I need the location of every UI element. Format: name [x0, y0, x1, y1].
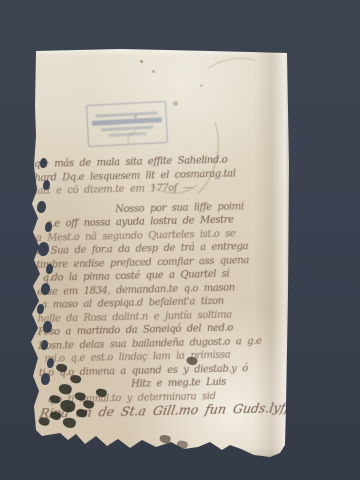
handwriting-block: q.e más de mala sita effite Sahelind.oha…: [34, 153, 270, 421]
stamp-text-line: [101, 125, 153, 131]
stamp-text-line: [108, 131, 146, 136]
stamp-text-line: [92, 117, 162, 126]
stamp-text-line: [95, 111, 157, 117]
foxing-specks: [140, 60, 143, 63]
manuscript-page: q.e más de mala sita effite Sahelind.oha…: [30, 46, 290, 462]
ink-stamp: [86, 101, 168, 147]
photo-backdrop: q.e más de mala sita effite Sahelind.oha…: [0, 0, 360, 480]
